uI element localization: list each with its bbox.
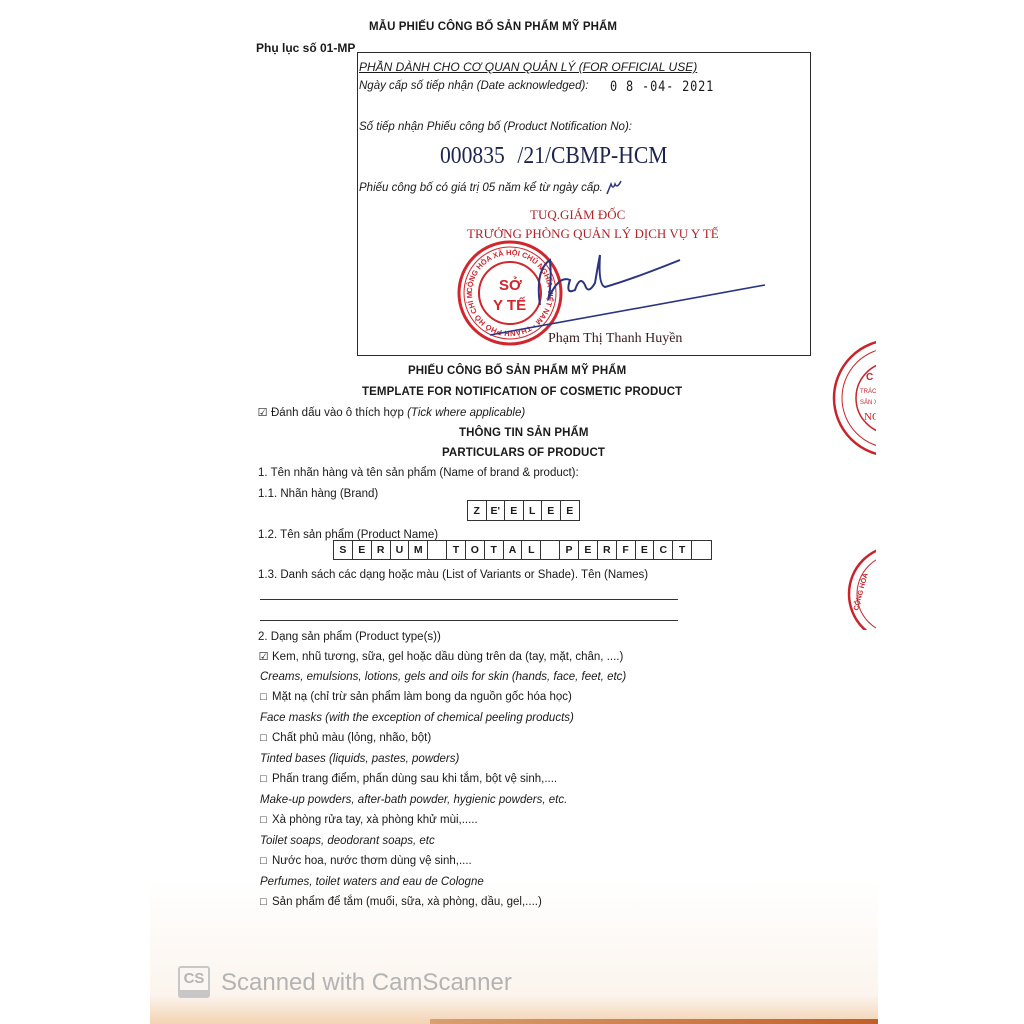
side-stamp-line-1: TRÁCH (860, 388, 876, 395)
checked-box-icon: ☑ (257, 406, 268, 419)
char-cell: T (673, 541, 692, 559)
form-title-en: TEMPLATE FOR NOTIFICATION OF COSMETIC PR… (362, 386, 682, 398)
product-type-option[interactable]: ☑Kem, nhũ tương, sữa, gel hoặc dầu dùng … (258, 650, 623, 663)
char-cell: R (598, 541, 617, 559)
char-cell (692, 541, 711, 559)
product-type-label-vn: Xà phòng rửa tay, xà phòng khử mùi,..... (272, 814, 478, 826)
product-name-char-grid: SERUMTOTALPERFECT (333, 540, 712, 560)
char-cell (428, 541, 447, 559)
char-cell: E' (487, 501, 506, 520)
product-type-option[interactable]: □Phấn trang điểm, phấn dùng sau khi tắm,… (258, 773, 557, 785)
date-acknowledged-label: Ngày cấp số tiếp nhận (Date acknowledged… (359, 80, 589, 92)
unchecked-box-icon[interactable]: □ (258, 773, 269, 785)
camscanner-watermark: Scanned with CamScanner (221, 969, 512, 997)
product-type-label-en: Make-up powders, after-bath powder, hygi… (260, 794, 567, 806)
tick-note-vn: Đánh dấu vào ô thích hợp (271, 407, 404, 419)
unchecked-box-icon[interactable]: □ (258, 732, 269, 744)
product-type-label-en: Perfumes, toilet waters and eau de Colog… (260, 876, 484, 888)
question-1-3-variants: 1.3. Danh sách các dạng hoặc màu (List o… (258, 569, 648, 581)
notification-number-suffix: /21/CBMP-HCM (517, 143, 667, 169)
variant-line-1 (260, 599, 678, 600)
document-top-title: MẪU PHIẾU CÔNG BỐ SẢN PHẨM MỸ PHẨM (369, 21, 617, 33)
char-cell: L (522, 541, 541, 559)
char-cell: F (617, 541, 636, 559)
char-cell: S (334, 541, 353, 559)
char-cell: E (353, 541, 372, 559)
checked-box-icon[interactable]: ☑ (258, 650, 269, 663)
char-cell: E (542, 501, 561, 520)
signer-name: Phạm Thị Thanh Huyền (548, 331, 682, 347)
question-2-product-type: 2. Dạng sản phẩm (Product type(s)) (258, 631, 441, 643)
side-stamp-lower: CỘNG HÒA (845, 546, 876, 630)
char-cell: Z (468, 501, 487, 520)
char-cell: U (391, 541, 410, 559)
form-title-vn: PHIẾU CÔNG BỐ SẢN PHẨM MỸ PHẨM (408, 365, 626, 377)
question-1-1-brand: 1.1. Nhãn hàng (Brand) (258, 488, 378, 500)
question-1: 1. Tên nhãn hàng và tên sản phẩm (Name o… (258, 467, 579, 479)
tick-note: ☑Đánh dấu vào ô thích hợp (Tick where ap… (257, 406, 525, 419)
product-type-label-en: Creams, emulsions, lotions, gels and oil… (260, 671, 626, 683)
char-cell: E (636, 541, 655, 559)
product-type-label-vn: Chất phủ màu (lỏng, nhão, bột) (272, 732, 431, 744)
scanned-document-page: MẪU PHIẾU CÔNG BỐ SẢN PHẨM MỸ PHẨM Phụ l… (0, 0, 1024, 1024)
char-cell: O (466, 541, 485, 559)
product-type-label-vn: Mặt nạ (chỉ trừ sản phẩm làm bong da ngu… (272, 691, 572, 703)
unchecked-box-icon[interactable]: □ (258, 691, 269, 703)
char-cell: C (654, 541, 673, 559)
product-type-label-vn: Nước hoa, nước thơm dùng vệ sinh,.... (272, 855, 472, 867)
product-type-label-vn: Sản phẩm để tắm (muối, sữa, xà phòng, dầ… (272, 896, 542, 908)
official-use-heading: PHẦN DÀNH CHO CƠ QUAN QUẢN LÝ (FOR OFFIC… (359, 60, 697, 74)
signer-title-1: TUQ.GIÁM ĐỐC (530, 207, 625, 223)
char-cell: T (447, 541, 466, 559)
appendix-label: Phụ lục số 01-MP (256, 41, 355, 55)
variant-line-2 (260, 620, 678, 621)
char-cell: A (504, 541, 523, 559)
product-type-option[interactable]: □Xà phòng rửa tay, xà phòng khử mùi,....… (258, 814, 478, 826)
notification-number: 000835 /21/CBMP-HCM (440, 143, 667, 170)
tick-note-en: (Tick where applicable) (407, 407, 525, 419)
handwritten-signature (480, 245, 780, 345)
validity-note: Phiếu công bố có giá trị 05 năm kể từ ng… (359, 182, 603, 194)
char-cell: R (372, 541, 391, 559)
unchecked-box-icon[interactable]: □ (258, 814, 269, 826)
notification-number-stamped: 000835 (440, 143, 505, 169)
unchecked-box-icon[interactable]: □ (258, 855, 269, 867)
product-type-label-en: Toilet soaps, deodorant soaps, etc (260, 835, 435, 847)
side-stamp-letter: C (866, 372, 873, 383)
side-stamp-upper: C TRÁCH SẢN X NC (830, 336, 876, 460)
side-stamp-line-2: SẢN X (860, 399, 876, 406)
char-cell: E (579, 541, 598, 559)
notification-number-label: Số tiếp nhận Phiếu công bố (Product Noti… (359, 121, 632, 133)
product-type-option[interactable]: □Mặt nạ (chỉ trừ sản phẩm làm bong da ng… (258, 691, 572, 703)
char-cell (541, 541, 560, 559)
brand-char-grid: ZE'ELEE (467, 500, 580, 521)
product-type-label-vn: Kem, nhũ tương, sữa, gel hoặc dầu dùng t… (272, 651, 623, 663)
char-cell: E (505, 501, 524, 520)
char-cell: M (409, 541, 428, 559)
side-stamp-line-3: NC (864, 411, 876, 423)
product-type-option[interactable]: □Sản phẩm để tắm (muối, sữa, xà phòng, d… (258, 896, 542, 908)
product-type-label-en: Face masks (with the exception of chemic… (260, 712, 574, 724)
section-title-vn: THÔNG TIN SẢN PHẨM (459, 427, 589, 439)
initials-mark-icon (605, 178, 625, 196)
product-type-option[interactable]: □Nước hoa, nước thơm dùng vệ sinh,.... (258, 855, 472, 867)
product-type-option[interactable]: □Chất phủ màu (lỏng, nhão, bột) (258, 732, 431, 744)
date-acknowledged-value: 0 8 -04- 2021 (610, 79, 714, 95)
char-cell: E (561, 501, 580, 520)
unchecked-box-icon[interactable]: □ (258, 896, 269, 908)
section-title-en: PARTICULARS OF PRODUCT (442, 447, 605, 459)
product-type-label-en: Tinted bases (liquids, pastes, powders) (260, 753, 459, 765)
char-cell: P (560, 541, 579, 559)
char-cell: T (485, 541, 504, 559)
char-cell: L (524, 501, 543, 520)
camscanner-logo-icon: CS (178, 966, 210, 998)
page-bottom-edge (430, 1019, 878, 1024)
product-type-label-vn: Phấn trang điểm, phấn dùng sau khi tắm, … (272, 773, 557, 785)
